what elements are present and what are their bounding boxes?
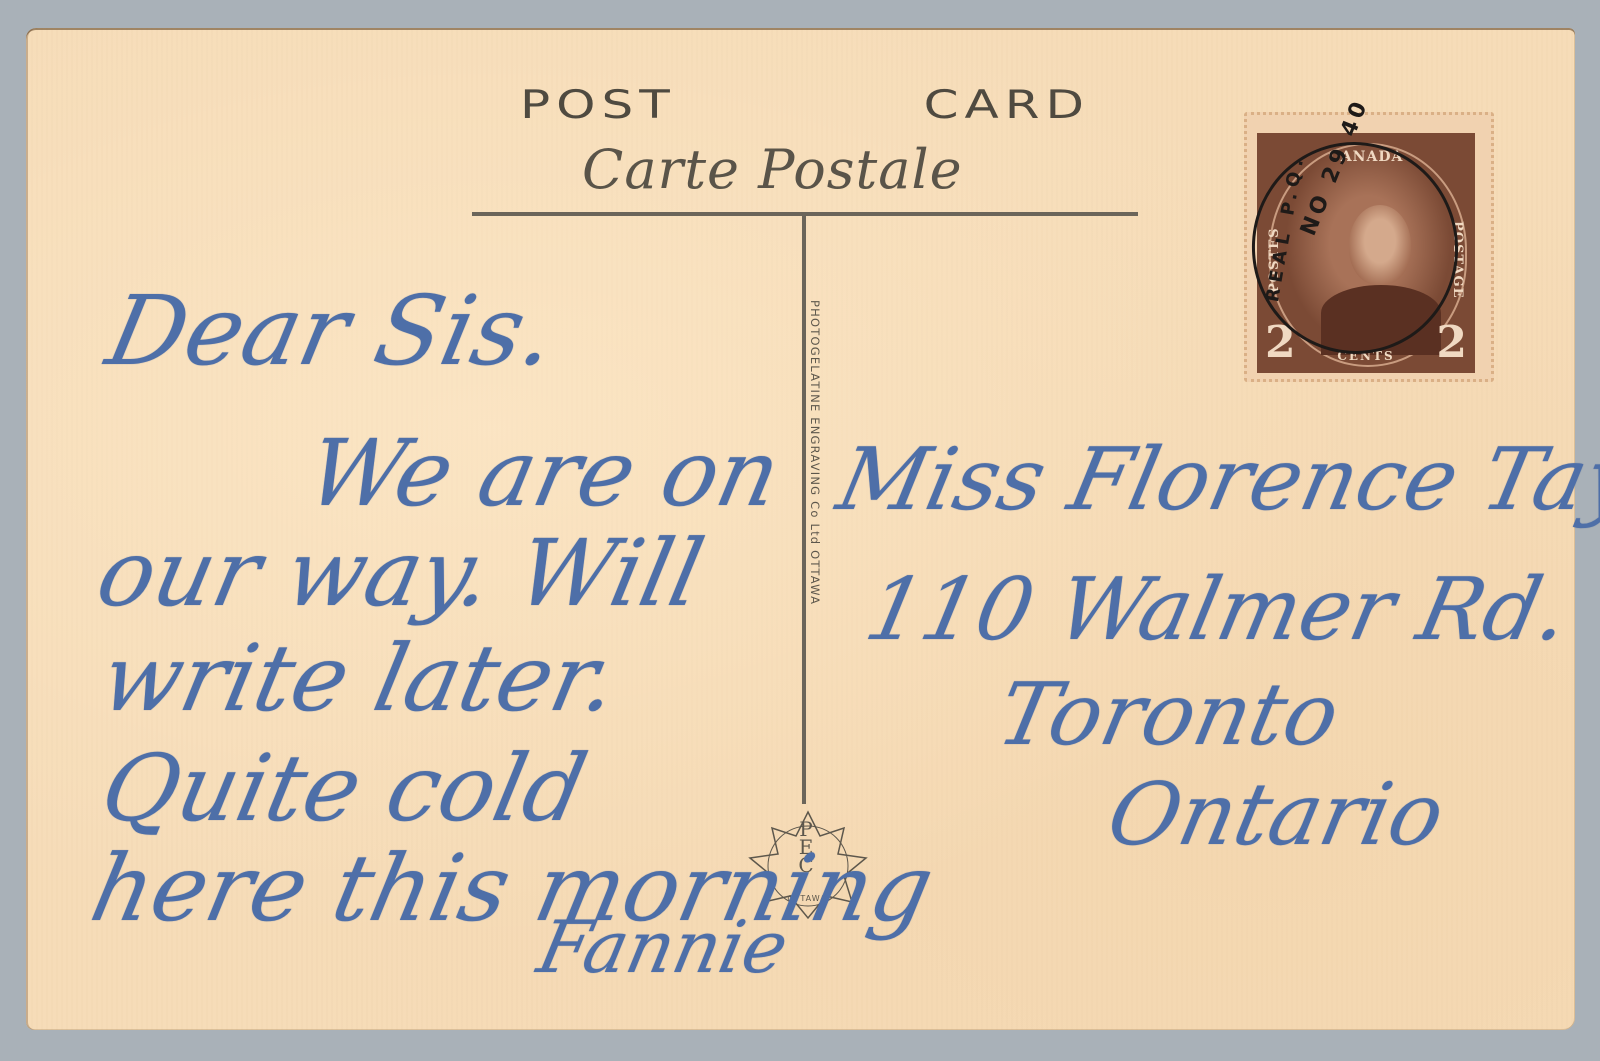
address-line: Miss Florence Taylor: [829, 430, 1600, 530]
signature: Fannie: [531, 905, 795, 989]
heading-post: POST: [520, 82, 676, 127]
message-line: We are on: [299, 420, 790, 527]
address-line: Toronto: [989, 665, 1347, 765]
message-line: Quite cold: [93, 735, 596, 842]
message-line: write later.: [93, 625, 627, 732]
heading-card: CARD: [924, 82, 1090, 127]
stamp-value-right: 2: [1436, 321, 1467, 365]
message-line: our way. Will: [89, 520, 713, 627]
post-card-heading: POST CARD: [520, 82, 1090, 140]
message-line: Dear Sis.: [98, 275, 565, 387]
message-line: here this morning: [83, 835, 943, 942]
printer-imprint: PHOTOGELATINE ENGRAVING Co Ltd OTTAWA: [792, 300, 822, 720]
address-line: 110 Walmer Rd.: [857, 560, 1577, 660]
carte-postale-subtitle: Carte Postale: [582, 138, 963, 201]
address-line: Ontario: [1099, 765, 1452, 865]
